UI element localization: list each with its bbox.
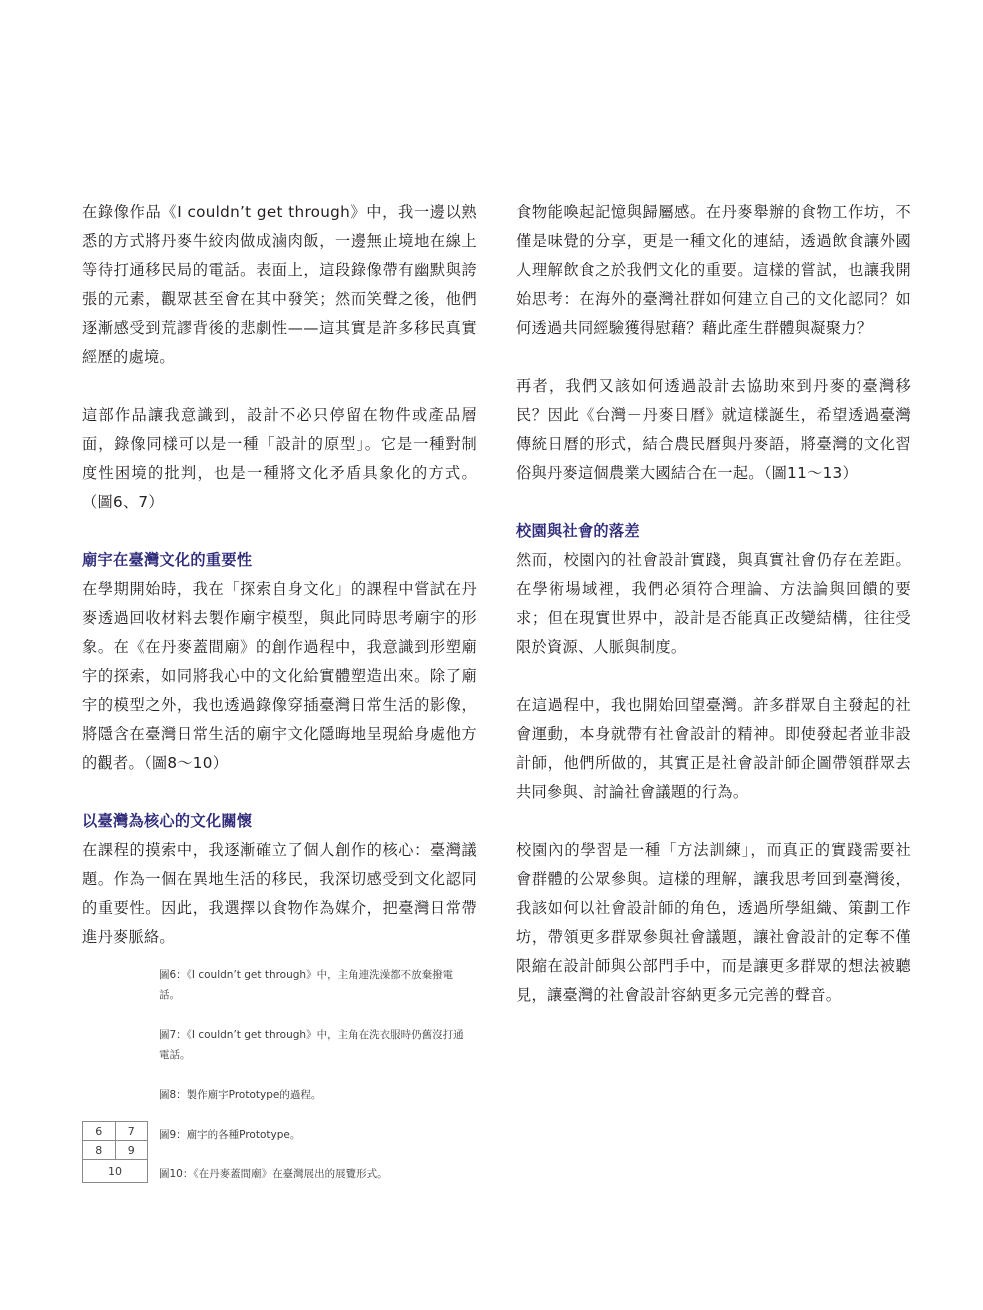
caption-fig10: 圖10：《在丹麥蓋間廟》在臺灣展出的展覽形式。 <box>159 1164 469 1184</box>
caption-fig8: 圖8：製作廟宇Prototype的過程。 <box>159 1085 469 1105</box>
grid-cell-fig7: 7 <box>115 1122 148 1141</box>
section-heading-campus-society: 校園與社會的落差 <box>516 517 911 546</box>
grid-cell-fig9: 9 <box>115 1141 148 1160</box>
right-column: 食物能喚起記憶與歸屬感。在丹麥舉辦的食物工作坊，不僅是味覺的分享，更是一種文化的… <box>516 198 911 1010</box>
paragraph-method-training: 校園內的學習是一種「方法訓練」，而真正的實踐需要社會群體的公眾參與。這樣的理解，… <box>516 836 911 1010</box>
left-column: 在錄像作品《I couldn’t get through》中，我一邊以熟悉的方式… <box>82 198 477 952</box>
caption-text: 圖9：廟宇的各種Prototype。 <box>159 1125 469 1145</box>
paragraph-gap <box>516 662 911 691</box>
grid-cell-fig10: 10 <box>83 1160 148 1183</box>
caption-text: 圖6：《I couldn’t get through》中，主角連洗澡都不放棄撥電… <box>159 965 469 1005</box>
grid-cell-fig6: 6 <box>83 1122 116 1141</box>
paragraph-calendar: 再者，我們又該如何透過設計去協助來到丹麥的臺灣移民？因此《台灣－丹麥日曆》就這樣… <box>516 372 911 488</box>
paragraph-taiwan-core: 在課程的摸索中，我逐漸確立了個人創作的核心：臺灣議題。作為一個在異地生活的移民，… <box>82 836 477 952</box>
caption-fig6: 圖6：《I couldn’t get through》中，主角連洗澡都不放棄撥電… <box>159 965 469 1005</box>
caption-text: 圖8：製作廟宇Prototype的過程。 <box>159 1085 469 1105</box>
section-heading-temple: 廟宇在臺灣文化的重要性 <box>82 546 477 575</box>
paragraph-temple: 在學期開始時，我在「探索自身文化」的課程中嘗試在丹麥透過回收材料去製作廟宇模型，… <box>82 575 477 778</box>
paragraph-campus-gap: 然而，校園內的社會設計實踐，與真實社會仍存在差距。在學術場域裡，我們必須符合理論… <box>516 546 911 662</box>
paragraph-design-prototype: 這部作品讓我意識到，設計不必只停留在物件或產品層面，錄像同樣可以是一種「設計的原… <box>82 401 477 517</box>
paragraph-food-memory: 食物能喚起記憶與歸屬感。在丹麥舉辦的食物工作坊，不僅是味覺的分享，更是一種文化的… <box>516 198 911 343</box>
paragraph-gap <box>516 343 911 372</box>
caption-text: 圖7：《I couldn’t get through》中，主角在洗衣服時仍舊沒打… <box>159 1025 469 1065</box>
paragraph-gap <box>516 488 911 517</box>
paragraph-gap <box>82 517 477 546</box>
caption-fig9: 圖9：廟宇的各種Prototype。 <box>159 1125 469 1145</box>
paragraph-video-work: 在錄像作品《I couldn’t get through》中，我一邊以熟悉的方式… <box>82 198 477 372</box>
section-heading-taiwan-core: 以臺灣為核心的文化關懷 <box>82 807 477 836</box>
caption-fig7: 圖7：《I couldn’t get through》中，主角在洗衣服時仍舊沒打… <box>159 1025 469 1065</box>
figure-layout-grid: 6 7 8 9 10 <box>82 1121 148 1183</box>
paragraph-social-movement: 在這過程中，我也開始回望臺灣。許多群眾自主發起的社會運動，本身就帶有社會設計的精… <box>516 691 911 807</box>
paragraph-gap <box>516 807 911 836</box>
grid-cell-fig8: 8 <box>83 1141 116 1160</box>
caption-text: 圖10：《在丹麥蓋間廟》在臺灣展出的展覽形式。 <box>159 1164 469 1184</box>
paragraph-gap <box>82 778 477 807</box>
paragraph-gap <box>82 372 477 401</box>
